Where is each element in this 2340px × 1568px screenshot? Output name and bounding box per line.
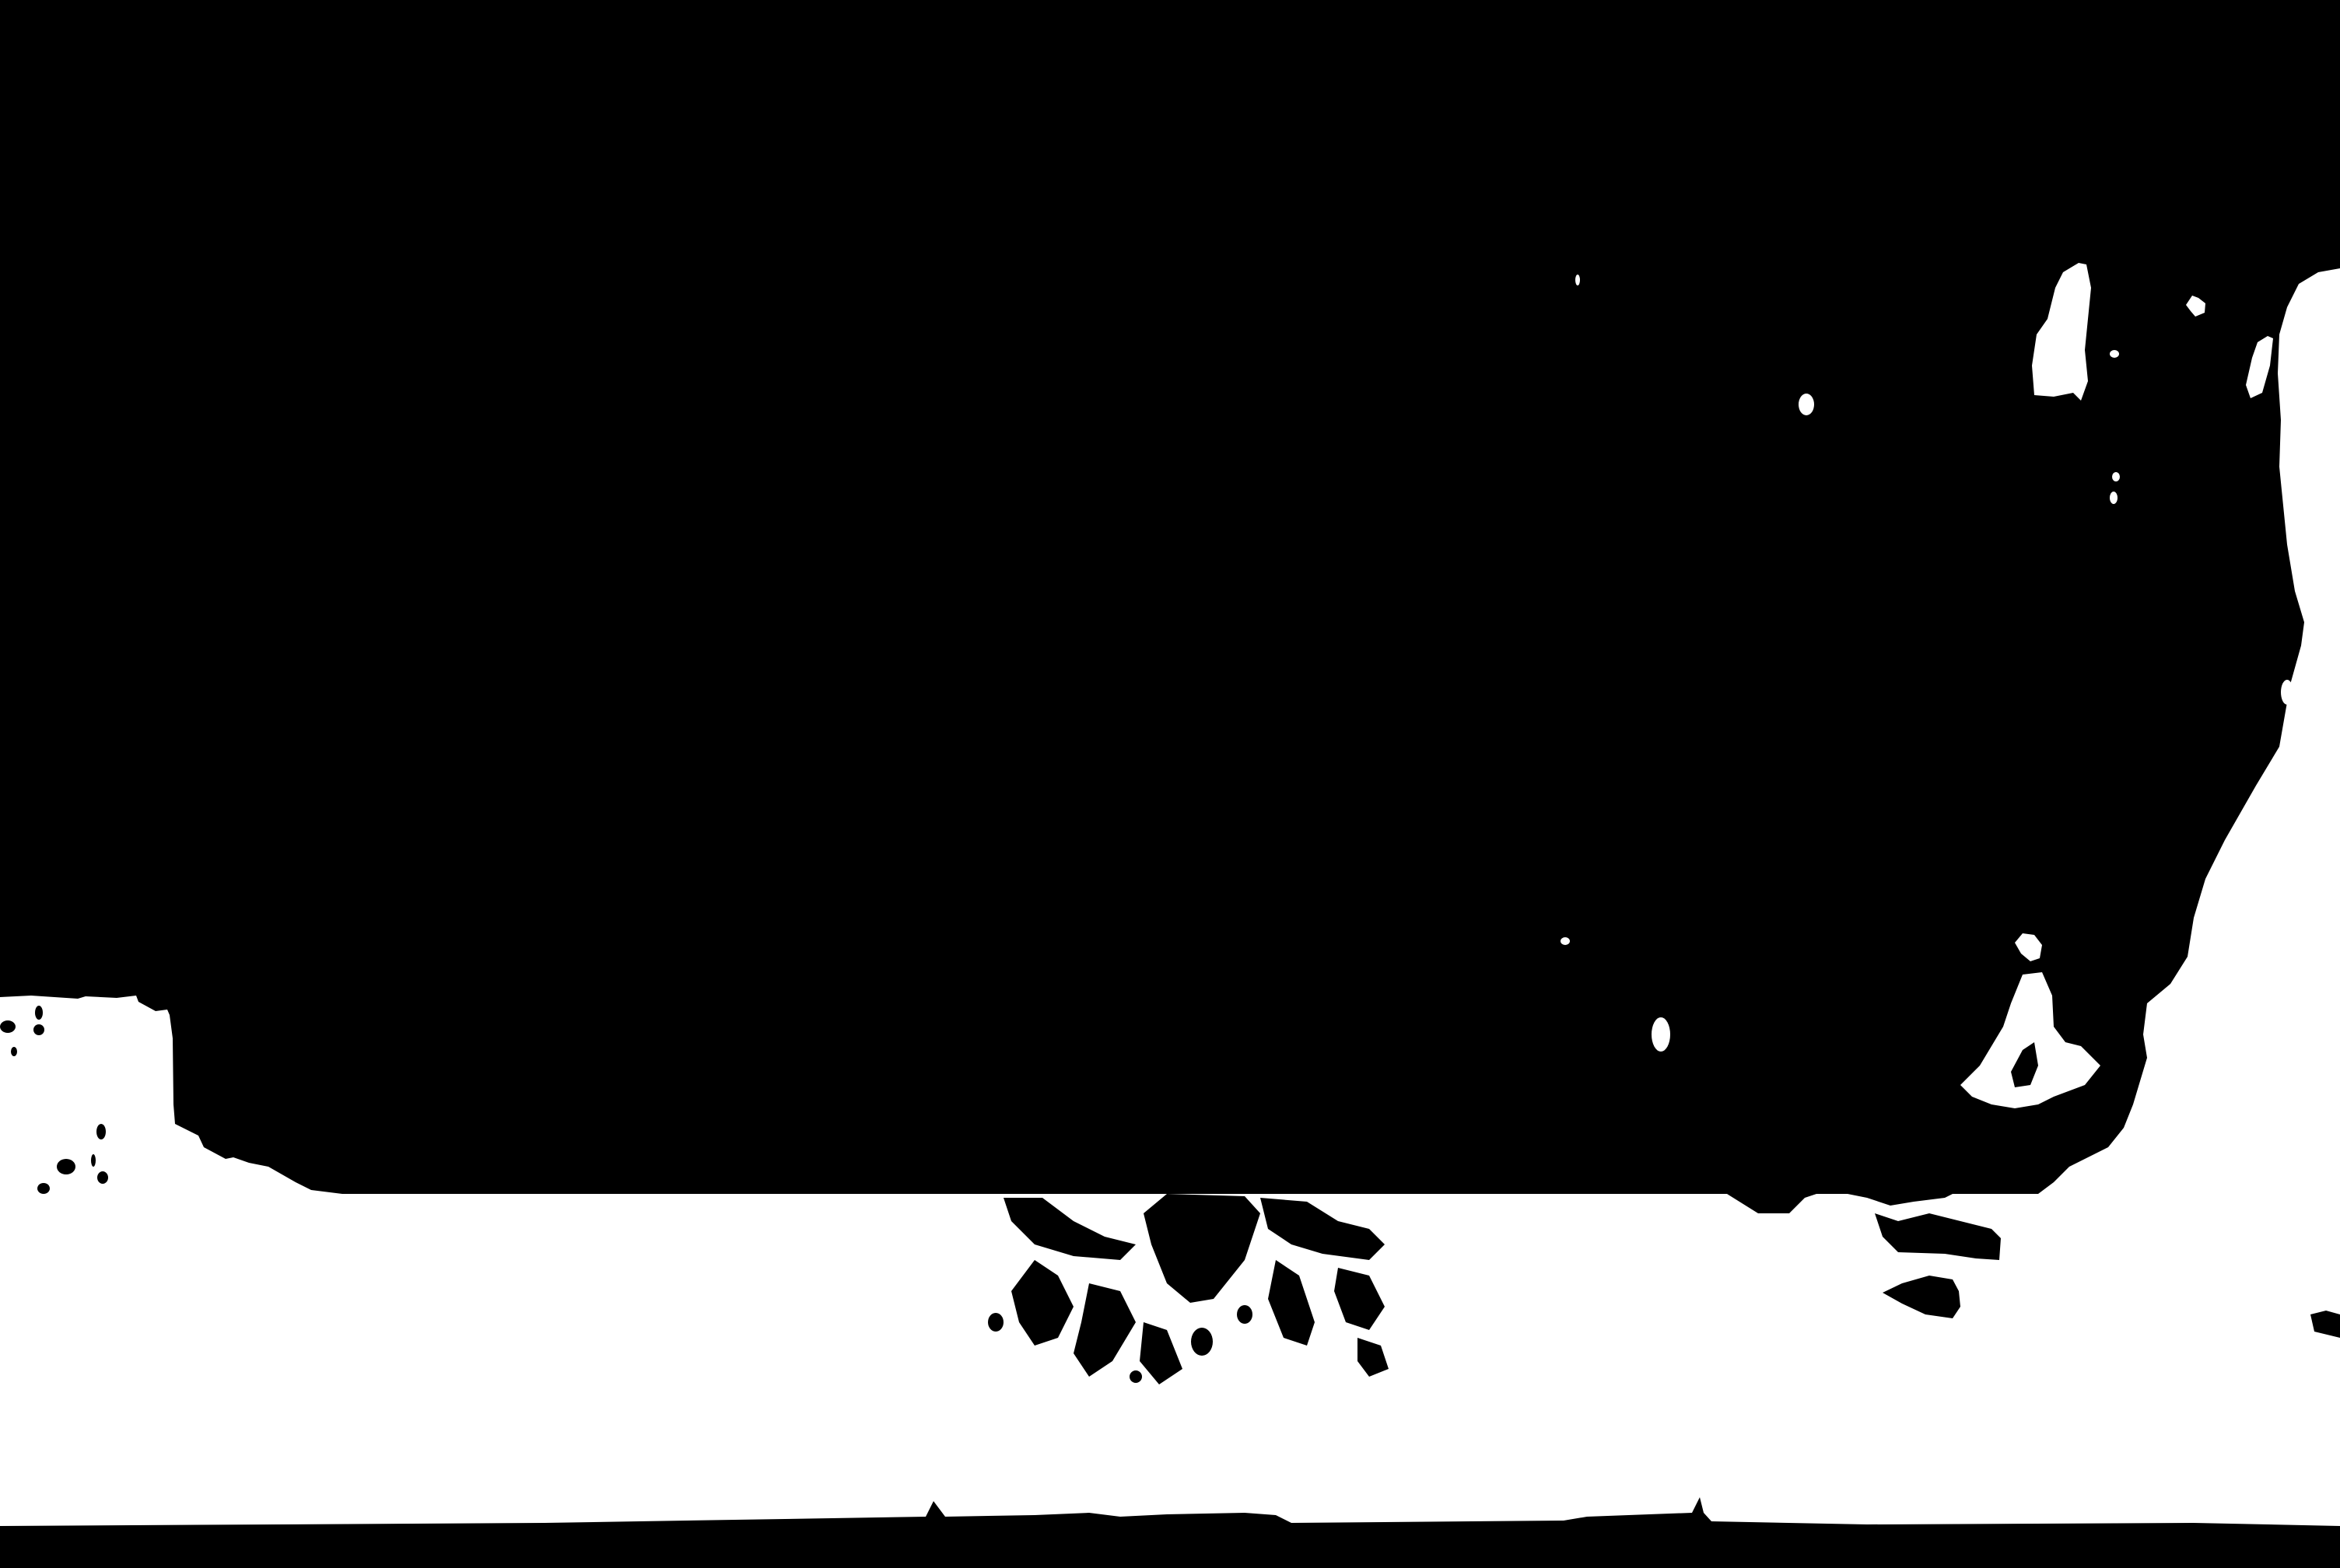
speck-bright: [1575, 275, 1580, 285]
binarized-photo: [0, 0, 2340, 1568]
speck-bright: [2110, 350, 2119, 358]
speck-bright: [1561, 937, 1570, 945]
speck-bright: [1799, 394, 1814, 415]
speck-bright: [2281, 680, 2293, 705]
speck-bright: [1652, 1017, 1670, 1052]
speck-bright: [2112, 472, 2120, 481]
speck-bright: [2110, 492, 2118, 504]
